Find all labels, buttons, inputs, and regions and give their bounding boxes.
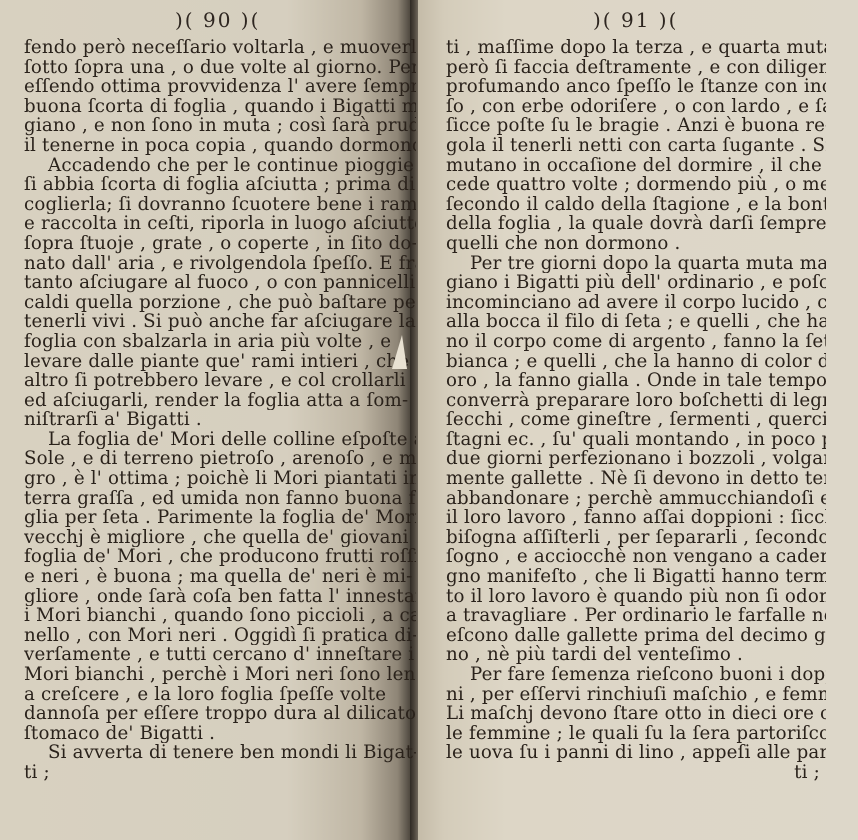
text-line: oro , la fanno gialla . Onde in tale tem… [446, 371, 826, 391]
text-line: foglia con sbalzarla in aria più volte ,… [24, 332, 416, 352]
text-line: ſo , con erbe odoriſere , o con lardo , … [446, 97, 826, 117]
text-line: ti ; [24, 763, 416, 783]
text-line: Mori bianchi , perchè i Mori neri ſono l… [24, 665, 416, 685]
text-line: ſicce poſte ſu le bragie . Anzi è buona … [446, 116, 826, 136]
right-page: )( 91 )( ti , maſſime dopo la terza , e … [418, 0, 858, 840]
book-spread: )( 90 )( fendo però neceſſario voltarla … [0, 0, 858, 840]
text-line: ſtomaco de' Bigatti . [24, 724, 416, 744]
text-line: i Mori bianchi , quando ſono piccioli , … [24, 606, 416, 626]
text-line: Per fare ſemenza rieſcono buoni i doppio… [446, 665, 826, 685]
text-line: gro , è l' ottima ; poichè li Mori piant… [24, 469, 416, 489]
text-line: Per tre giorni dopo la quarta muta man- [446, 254, 826, 274]
text-line: ſogno , e acciocchè non vengano a cadere… [446, 547, 826, 567]
text-line: Si avverta di tenere ben mondi li Bigat- [24, 743, 416, 763]
text-line: vecchj è migliore , che quella de' giova… [24, 528, 416, 548]
left-page-text: fendo però neceſſario voltarla , e muove… [24, 38, 416, 783]
text-line: levare dalle piante que' rami intieri , … [24, 352, 416, 372]
text-line: giano i Bigatti più dell' ordinario , e … [446, 273, 826, 293]
text-line: converrà preparare loro boſchetti di leg… [446, 391, 826, 411]
text-line: il loro lavoro , fanno aſſai doppioni : … [446, 508, 826, 528]
text-line: della foglia , la quale dovrà darſi ſemp… [446, 214, 826, 234]
text-line: nato dall' aria , e rivolgendola ſpeſſo.… [24, 254, 416, 274]
text-line: cede quattro volte ; dormendo più , o me… [446, 175, 826, 195]
text-line: verſamente , e tutti cercano d' inneſtar… [24, 645, 416, 665]
text-line: ed aſciugarli, render la foglia atta a ſ… [24, 391, 416, 411]
text-line: abbandonare ; perchè ammucchiandoſi eſſi… [446, 489, 826, 509]
text-line: mutano in occaſione del dormire , il che… [446, 156, 826, 176]
text-line: a travagliare . Per ordinario le farfall… [446, 606, 826, 626]
text-line: terra graſſa , ed umida non fanno buona … [24, 489, 416, 509]
text-line: gliore , onde ſarà coſa ben fatta l' inn… [24, 587, 416, 607]
text-line: le femmine ; le quali ſu la ſera partori… [446, 724, 826, 744]
text-line: ſotto ſopra una , o due volte al giorno.… [24, 58, 416, 78]
left-page: )( 90 )( fendo però neceſſario voltarla … [0, 0, 410, 840]
text-line: gno manifeſto , che li Bigatti hanno ter… [446, 567, 826, 587]
text-line: buona ſcorta di foglia , quando i Bigatt… [24, 97, 416, 117]
text-line: fendo però neceſſario voltarla , e muove… [24, 38, 416, 58]
text-line: e neri , è buona ; ma quella de' neri è … [24, 567, 416, 587]
text-line: ſecchi , come gineſtre , ſermenti , quer… [446, 410, 826, 430]
text-line: giano , e non ſono in muta ; così ſarà p… [24, 116, 416, 136]
text-line: Li maſchj devono ſtare otto in dieci ore… [446, 704, 826, 724]
text-line: ſtagni ec. , ſu' quali montando , in poc… [446, 430, 826, 450]
text-line: il tenerne in poca copia , quando dormon… [24, 136, 416, 156]
text-line: glia per ſeta . Parimente la foglia de' … [24, 508, 416, 528]
text-line: Accadendo che per le continue pioggie no… [24, 156, 416, 176]
text-line: Sole , e di terreno pietroſo , arenoſo ,… [24, 449, 416, 469]
text-line: a creſcere , e la loro foglia ſpeſſe vol… [24, 685, 416, 705]
text-line: gola il tenerli netti con carta ſugante … [446, 136, 826, 156]
text-line: incominciano ad avere il corpo lucido , … [446, 293, 826, 313]
text-line: foglia de' Mori , che producono frutti r… [24, 547, 416, 567]
text-line: mente gallette . Nè ſi devono in detto t… [446, 469, 826, 489]
text-line: le uova ſu i panni di lino , appeſi alle… [446, 743, 826, 763]
text-line: tenerli vivi . Si può anche far aſciugar… [24, 312, 416, 332]
text-line: niſtrarſi a' Bigatti . [24, 410, 416, 430]
text-line: dannoſa per eſſere troppo dura al dilica… [24, 704, 416, 724]
text-line: quelli che non dormono . [446, 234, 826, 254]
text-line: nello , con Mori neri . Oggidì ſi pratic… [24, 626, 416, 646]
text-line: coglierla; ſi dovranno ſcuotere bene i r… [24, 195, 416, 215]
text-line: ſi abbia ſcorta di foglia aſciutta ; pri… [24, 175, 416, 195]
text-line: altro ſi potrebbero levare , e col croll… [24, 371, 416, 391]
page-number-left: )( 90 )( [175, 8, 260, 32]
text-line: ni , per eſſervi rinchiuſi maſchio , e f… [446, 685, 826, 705]
text-line: eſcono dalle gallette prima del decimo g… [446, 626, 826, 646]
text-line: alla bocca il filo di ſeta ; e quelli , … [446, 312, 826, 332]
text-line: e raccolta in ceſti, riporla in luogo aſ… [24, 214, 416, 234]
text-line: ſecondo il caldo della ſtagione , e la b… [446, 195, 826, 215]
right-page-text: ti , maſſime dopo la terza , e quarta mu… [446, 38, 826, 783]
text-line: no , nè più tardi del venteſimo . [446, 645, 826, 665]
text-line: bianca ; e quelli , che la hanno di colo… [446, 352, 826, 372]
text-line: to il loro lavoro è quando più non ſi od… [446, 587, 826, 607]
text-line: ſopra ſtuoje , grate , o coperte , in ſi… [24, 234, 416, 254]
page-number-right: )( 91 )( [593, 8, 678, 32]
text-line: eſſendo ottima provvidenza l' avere ſemp… [24, 77, 416, 97]
text-line: ti ; [446, 763, 826, 783]
text-line: ti , maſſime dopo la terza , e quarta mu… [446, 38, 826, 58]
text-line: biſogna aſſiſterli , per ſepararli , ſec… [446, 528, 826, 548]
text-line: caldi quella porzione , che può baſtare … [24, 293, 416, 313]
text-line: profumando anco ſpeſſo le ſtanze con inc… [446, 77, 826, 97]
text-line: no il corpo come di argento , fanno la ſ… [446, 332, 826, 352]
text-line: però ſi faccia deſtramente , e con dilig… [446, 58, 826, 78]
text-line: tanto aſciugare al fuoco , o con pannice… [24, 273, 416, 293]
text-line: La foglia de' Mori delle colline eſpoſte… [24, 430, 416, 450]
torn-page-corner [392, 335, 407, 369]
text-line: due giorni perfezionano i bozzoli , volg… [446, 449, 826, 469]
